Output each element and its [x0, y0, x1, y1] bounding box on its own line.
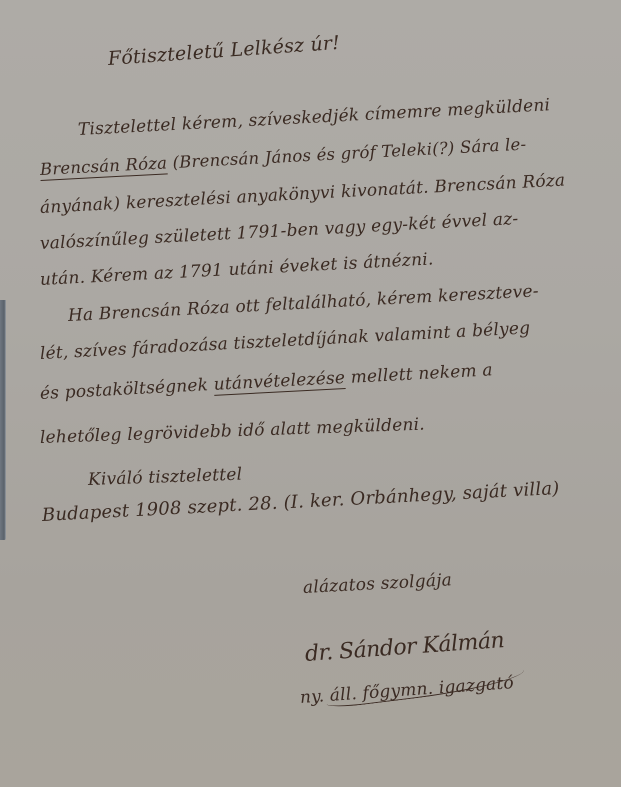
body-line-6: Ha Brencsán Róza ott feltalálható, kérem… [67, 281, 539, 326]
body-line-9: lehetőleg legrövidebb idő alatt megkülde… [40, 415, 426, 448]
closing: Kiváló tisztelettel [88, 465, 243, 490]
signature: dr. Sándor Kálmán [304, 628, 505, 667]
mount-edge [0, 300, 6, 540]
underlined-name: Brencsán Róza [40, 153, 168, 179]
body-line-8: és postaköltségnek utánvételezése mellet… [39, 360, 493, 404]
body-line-1: Tisztelettel kérem, szíveskedjék címemre… [77, 95, 550, 140]
body-line-4: valószínűleg született 1791-ben vagy egy… [39, 209, 518, 254]
underlined-term: utánvételezése [213, 368, 345, 395]
body-line-8-end: mellett nekem a [345, 360, 494, 388]
body-line-7: lét, szíves fáradozása tiszteletdíjának … [39, 318, 530, 364]
letter-paper: Főtiszteletű Lelkész úr! Tisztelettel ké… [0, 0, 621, 787]
body-line-2-rest: (Brencsán János és gróf Teleki(?) Sára l… [167, 135, 527, 173]
body-line-2: Brencsán Róza (Brencsán János és gróf Te… [40, 135, 527, 179]
body-line-8-start: és postaköltségnek [39, 375, 214, 404]
body-line-5: után. Kérem az 1791 utáni éveket is átné… [39, 249, 433, 290]
salutation: Főtiszteletű Lelkész úr! [107, 32, 340, 70]
sign-off: alázatos szolgája [302, 570, 452, 598]
